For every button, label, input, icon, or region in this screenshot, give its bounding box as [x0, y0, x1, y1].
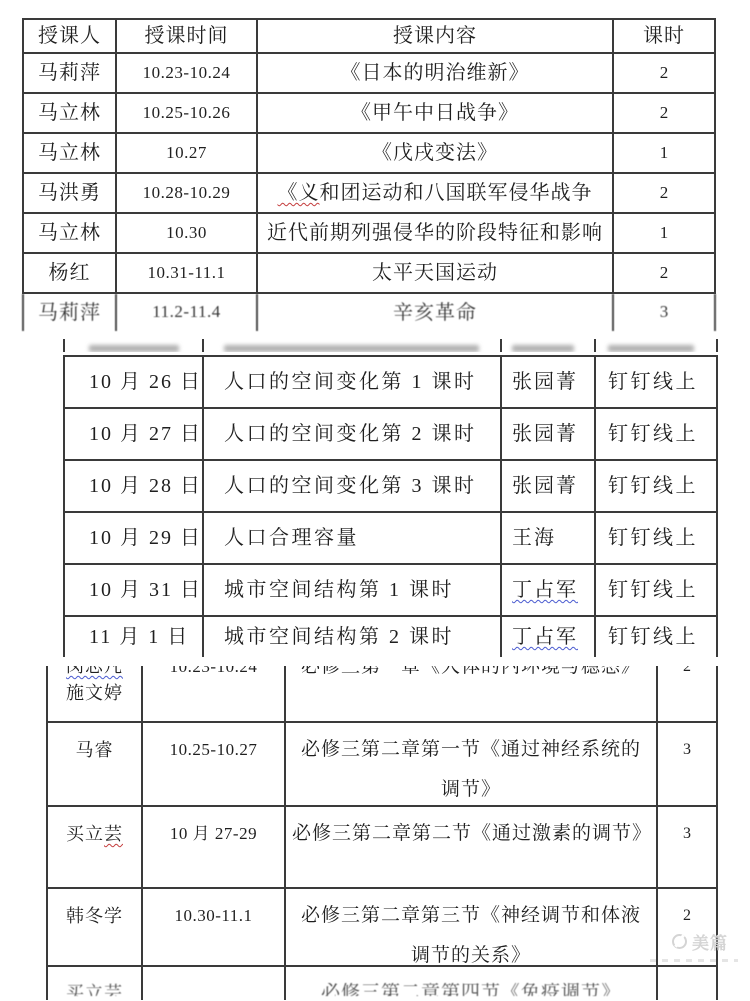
history-schedule-table: 授课人 授课时间 授课内容 课时 马莉萍 10.23-10.24 《日本的明治维…	[22, 18, 716, 331]
table-row: 马洪勇 10.28-10.29 《义和团运动和八国联军侵华战争 2	[22, 174, 716, 214]
time-cell: 10.30	[117, 214, 258, 252]
table-row-clipped: 11 月 1 日 城市空间结构第 2 课时 丁占军 钉钉线上	[63, 617, 718, 657]
content-cell: 城市空间结构第 1 课时	[204, 565, 502, 615]
table-row: 10 月 29 日 人口合理容量 王海 钉钉线上	[63, 513, 718, 565]
time-cell: 10.27	[117, 134, 258, 172]
content-cell: 《甲午中日战争》	[258, 94, 614, 132]
content-cell: 人口的空间变化第 1 课时	[204, 357, 502, 407]
mode-cell: 钉钉线上	[596, 357, 718, 407]
table-row: 10 月 28 日 人口的空间变化第 3 课时 张园菁 钉钉线上	[63, 461, 718, 513]
blurred-text-fragment	[89, 345, 179, 352]
watermark-brand-text: 美篇	[692, 929, 728, 954]
hours-cell: 1	[614, 214, 716, 252]
table-row-clipped-top: 闵志凡 施文婷 10.23-10.24 必修三第一章《人体的内环境与稳态》 2	[46, 666, 718, 723]
table-row: 买立芸 10 月 27-29 必修三第二章第二节《通过激素的调节》 3	[46, 807, 718, 889]
teacher-cell: 马莉萍	[22, 294, 117, 331]
teacher-cell: 马洪勇	[22, 174, 117, 212]
table-row: 10 月 27 日 人口的空间变化第 2 课时 张园菁 钉钉线上	[63, 409, 718, 461]
hours-cell: 2	[614, 174, 716, 212]
date-cell: 11 月 1 日	[63, 617, 204, 657]
content-text: 必修三第一章《人体的内环境与稳态》	[292, 666, 650, 680]
header-time: 授课时间	[117, 20, 258, 52]
date-cell: 10 月 28 日	[63, 461, 204, 511]
biology-schedule-table: 闵志凡 施文婷 10.23-10.24 必修三第一章《人体的内环境与稳态》 2 …	[46, 666, 718, 1000]
teacher-cell: 张园菁	[502, 461, 596, 511]
hours-cell: 2	[614, 94, 716, 132]
content-cell: 近代前期列强侵华的阶段特征和影响	[258, 214, 614, 252]
teacher-cell: 闵志凡 施文婷	[46, 666, 143, 721]
blurred-mode-fragment	[596, 339, 718, 352]
time-text: 10.23-10.24	[143, 666, 284, 680]
hours-cell: 3	[658, 807, 718, 887]
spellcheck-marked-name: 丁占军	[512, 578, 578, 602]
teacher-cell: 马立林	[22, 214, 117, 252]
content-cell: 必修三第一章《人体的内环境与稳态》	[286, 666, 658, 721]
teacher-cell: 韩冬学	[46, 889, 143, 965]
blurred-text-fragment	[512, 345, 574, 352]
teacher-cell: 买立芸	[46, 807, 143, 887]
teacher-cell: 丁占军	[502, 617, 596, 657]
header-teacher: 授课人	[22, 20, 117, 52]
header-hours: 课时	[614, 20, 716, 52]
table-row: 杨红 10.31-11.1 太平天国运动 2	[22, 254, 716, 294]
content-cell: 《戊戌变法》	[258, 134, 614, 172]
spellcheck-marked-text: 《义	[278, 181, 320, 205]
hours-cell	[658, 967, 718, 1000]
stacked-names: 闵志凡 施文婷	[48, 666, 141, 707]
date-cell: 10 月 29 日	[63, 513, 204, 563]
time-cell: 10.23-10.24	[143, 666, 286, 721]
geography-schedule-table: 10 月 26 日 人口的空间变化第 1 课时 张园菁 钉钉线上 10 月 27…	[63, 336, 718, 657]
table-row: 马莉萍 10.23-10.24 《日本的明治维新》 2	[22, 54, 716, 94]
content-cell: 人口的空间变化第 3 课时	[204, 461, 502, 511]
teacher-name: 买立芸	[48, 983, 141, 996]
watermark-faint-line	[650, 959, 738, 962]
teacher-name: 施文婷	[48, 680, 141, 707]
mode-cell: 钉钉线上	[596, 513, 718, 563]
table-row: 10 月 26 日 人口的空间变化第 1 课时 张园菁 钉钉线上	[63, 357, 718, 409]
content-cell: 人口合理容量	[204, 513, 502, 563]
spellcheck-marked-name: 丁占军	[512, 625, 578, 649]
mode-cell: 钉钉线上	[596, 461, 718, 511]
date-cell: 10 月 27 日	[63, 409, 204, 459]
time-cell: 10.31-11.1	[117, 254, 258, 292]
time-cell: 10.30-11.1	[143, 889, 286, 965]
blurred-date-fragment	[63, 339, 204, 352]
content-cell: 《日本的明治维新》	[258, 54, 614, 92]
content-cell: 城市空间结构第 2 课时	[204, 617, 502, 657]
teacher-cell: 马莉萍	[22, 54, 117, 92]
time-cell: 10.25-10.27	[143, 723, 286, 805]
article-page: 授课人 授课时间 授课内容 课时 马莉萍 10.23-10.24 《日本的明治维…	[0, 0, 750, 1001]
meipian-logo-icon	[672, 934, 687, 949]
content-cell: 必修三第二章第二节《通过激素的调节》	[286, 807, 658, 887]
content-cell: 辛亥革命	[258, 294, 614, 331]
table-row: 马立林 10.25-10.26 《甲午中日战争》 2	[22, 94, 716, 134]
table-row-clipped-blurry	[63, 336, 718, 357]
time-cell	[143, 967, 286, 1000]
spellcheck-marked-text: 芸	[104, 814, 123, 854]
hours-cell: 3	[614, 294, 716, 331]
blurred-teacher-fragment	[502, 339, 596, 352]
hours-text: 2	[658, 666, 716, 680]
date-cell: 10 月 26 日	[63, 357, 204, 407]
teacher-cell: 王海	[502, 513, 596, 563]
table-header-row: 授课人 授课时间 授课内容 课时	[22, 20, 716, 54]
table-row: 马立林 10.27 《戊戌变法》 1	[22, 134, 716, 174]
content-cell: 必修三第二章第四节《免疫调节》	[286, 967, 658, 1000]
header-content: 授课内容	[258, 20, 614, 52]
watermark: 美篇	[672, 929, 728, 954]
teacher-cell: 丁占军	[502, 565, 596, 615]
content-cell: 必修三第二章第一节《通过神经系统的调节》	[286, 723, 658, 805]
hours-cell: 2	[614, 254, 716, 292]
time-cell: 10.28-10.29	[117, 174, 258, 212]
teacher-cell: 马立林	[22, 94, 117, 132]
teacher-cell: 马立林	[22, 134, 117, 172]
content-cell: 《义和团运动和八国联军侵华战争	[258, 174, 614, 212]
hours-cell: 2	[614, 54, 716, 92]
teacher-cell: 杨红	[22, 254, 117, 292]
date-cell: 10 月 31 日	[63, 565, 204, 615]
mode-cell: 钉钉线上	[596, 565, 718, 615]
content-cell: 必修三第二章第三节《神经调节和体液调节的关系》	[286, 889, 658, 965]
time-text	[143, 983, 284, 996]
teacher-cell: 张园菁	[502, 409, 596, 459]
time-cell: 10 月 27-29	[143, 807, 286, 887]
teacher-cell: 张园菁	[502, 357, 596, 407]
blurred-text-fragment	[224, 345, 479, 352]
table-row: 马睿 10.25-10.27 必修三第二章第一节《通过神经系统的调节》 3	[46, 723, 718, 807]
teacher-name-part: 买立	[66, 814, 104, 854]
content-text: 必修三第二章第四节《免疫调节》	[292, 983, 650, 996]
content-cell: 太平天国运动	[258, 254, 614, 292]
blurred-text-fragment	[608, 345, 694, 352]
content-cell: 人口的空间变化第 2 课时	[204, 409, 502, 459]
time-cell: 10.23-10.24	[117, 54, 258, 92]
teacher-cell: 马睿	[46, 723, 143, 805]
table-row: 马立林 10.30 近代前期列强侵华的阶段特征和影响 1	[22, 214, 716, 254]
time-cell: 10.25-10.26	[117, 94, 258, 132]
hours-cell: 2	[658, 666, 718, 721]
mode-cell: 钉钉线上	[596, 409, 718, 459]
blurred-content-fragment	[204, 339, 502, 352]
content-text: 和团运动和八国联军侵华战争	[320, 181, 593, 205]
spellcheck-marked-name: 闵志凡	[48, 666, 141, 680]
mode-cell: 钉钉线上	[596, 617, 718, 657]
table-row: 10 月 31 日 城市空间结构第 1 课时 丁占军 钉钉线上	[63, 565, 718, 617]
hours-text	[658, 983, 716, 996]
hours-cell: 3	[658, 723, 718, 805]
time-cell: 11.2-11.4	[117, 294, 258, 331]
table-row: 韩冬学 10.30-11.1 必修三第二章第三节《神经调节和体液调节的关系》 2	[46, 889, 718, 967]
hours-cell: 1	[614, 134, 716, 172]
table-row-clipped-bottom: 买立芸 必修三第二章第四节《免疫调节》	[46, 967, 718, 1000]
teacher-cell: 买立芸	[46, 967, 143, 1000]
table-row-clipped: 马莉萍 11.2-11.4 辛亥革命 3	[22, 294, 716, 331]
